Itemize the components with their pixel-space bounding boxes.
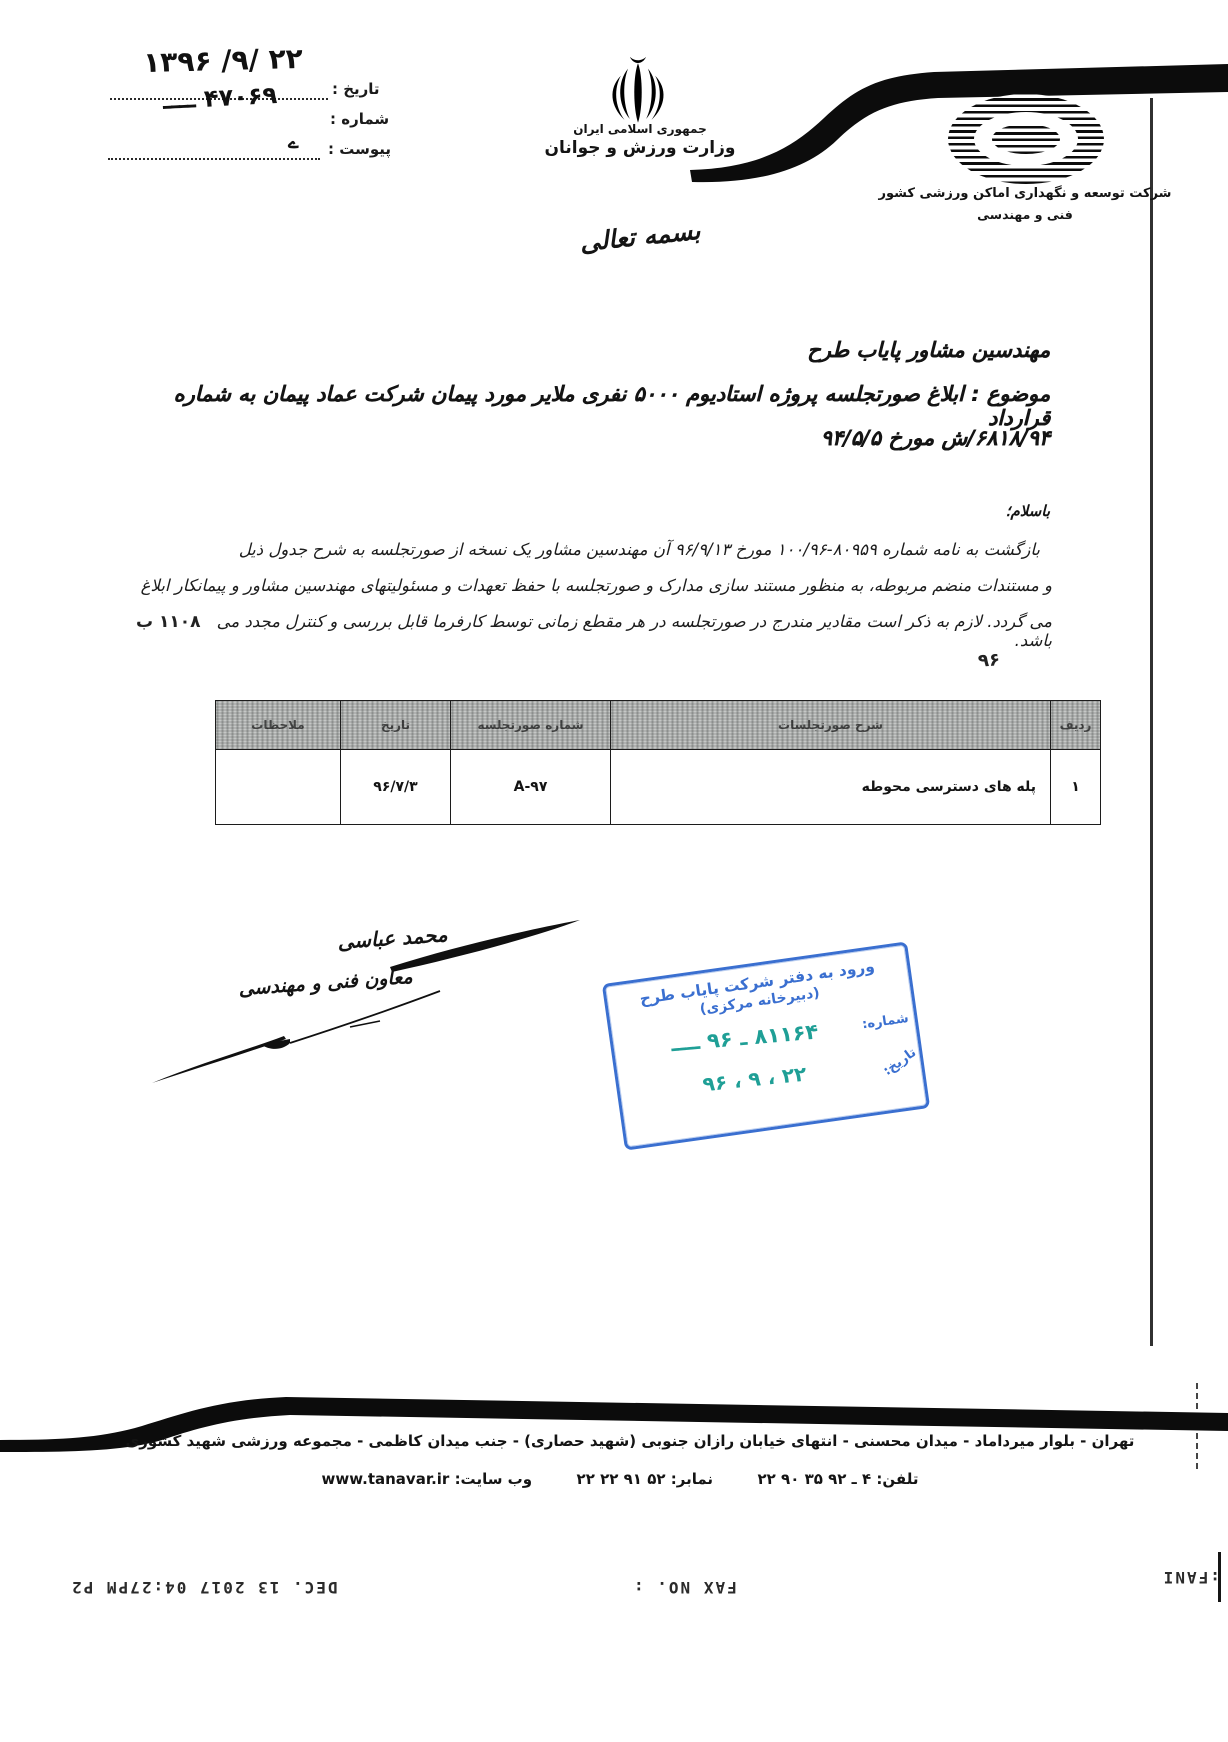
phone-value: ۴ ـ ۹۲ ۳۵ ۹۰ ۲۲ [758, 1470, 872, 1488]
body-line-2: و مستندات منضم مربوطه، به منظور مستند سا… [140, 576, 1052, 595]
scanned-fax-letter-page: ۲۲ /۹/ ۱۳۹۶ تاریخ : شماره : ۴۷۰۶۹ ــــ پ… [0, 0, 1228, 1742]
scan-artifact-vertical-line [1150, 98, 1153, 1346]
col-header-row-number: ردیف [1051, 701, 1101, 750]
stamp-date-label: تاریخ: [881, 1045, 920, 1079]
fax-datetime-page: DEC. 13 2017 04:27PM P2 [70, 1578, 338, 1597]
handwritten-note-1108: ۱۱۰۸ ب [136, 612, 201, 632]
table-row: ۱ پله های دسترسی محوطه A-۹۷ ۹۶/۷/۳ [216, 750, 1101, 825]
handwritten-date: ۲۲ /۹/ ۱۳۹۶ [108, 41, 339, 80]
recipient-line: مهندسین مشاور پایاب طرح [178, 338, 1050, 362]
attachment-handwritten-mark: ے [288, 132, 299, 153]
website-value: www.tanavar.ir [322, 1470, 450, 1488]
stamp-number-label: شماره: [861, 1011, 909, 1032]
phone-label: تلفن: [876, 1470, 918, 1488]
website-label: وب سایت: [455, 1470, 533, 1488]
col-header-date: تاریخ [341, 701, 451, 750]
attachment-label: پیوست : [328, 140, 391, 158]
number-label: شماره : [330, 110, 389, 128]
body-line-1: بازگشت به نامه شماره ۸۰۹۵۹-۱۰۰/۹۶ مورخ ۹… [140, 540, 1040, 559]
fax-number-label: FAX NO. : [632, 1578, 737, 1597]
entry-stamp: ورود به دفتر شرکت پایاب طرح (دبیرخانه مر… [602, 941, 930, 1150]
fax-from-label: FROM :FANI [1118, 1568, 1228, 1587]
cell-description: پله های دسترسی محوطه [611, 750, 1051, 825]
subject-line-1: موضوع : ابلاغ صورتجلسه پروژه استادیوم ۵۰… [140, 382, 1050, 430]
iran-national-emblem-icon [592, 56, 684, 128]
footer-contact-line: تلفن: ۴ ـ ۹۲ ۳۵ ۹۰ ۲۲ نمابر: ۵۲ ۹۱ ۲۲ ۲۲… [160, 1470, 1080, 1488]
company-line-2: فنی و مهندسی [900, 207, 1150, 222]
footer-swoosh-decoration [0, 1372, 1228, 1472]
cell-row-number: ۱ [1051, 750, 1101, 825]
col-header-description: شرح صورتجلسات [611, 701, 1051, 750]
col-header-minutes-number: شماره صورتجلسه [451, 701, 611, 750]
striped-oval-logo-icon [948, 94, 1104, 184]
company-line-1: شرکت توسعه و نگهداری اماکن ورزشی کشور [850, 186, 1200, 201]
fax-label: نمابر: [671, 1470, 713, 1488]
salutation: باسلام؛ [850, 502, 1050, 520]
footer-address: تهران - بلوار میرداماد - میدان محسنی - ا… [100, 1432, 1160, 1450]
subject-line-2: ۶۸۱۸/۹۴/ش مورخ ۹۴/۵/۵ [140, 426, 1050, 450]
table-header-row: ردیف شرح صورتجلسات شماره صورتجلسه تاریخ … [216, 701, 1101, 750]
col-header-remarks: ملاحظات [216, 701, 341, 750]
cell-minutes-number: A-۹۷ [451, 750, 611, 825]
body-line-3: می گردد. لازم به ذکر است مقادیر مندرج در… [205, 612, 1052, 650]
gov-line-1: جمهوری اسلامی ایران [540, 122, 740, 136]
stamp-handwritten-date: ۲۲ ، ۹ ، ۹۶ [679, 1059, 831, 1099]
date-label: تاریخ : [332, 80, 380, 98]
gov-line-2: وزارت ورزش و جوانان [520, 138, 760, 158]
cell-remarks [216, 750, 341, 825]
handwritten-note-96: ۹۶ [977, 649, 1000, 671]
cell-date: ۹۶/۷/۳ [341, 750, 451, 825]
minutes-table: ردیف شرح صورتجلسات شماره صورتجلسه تاریخ … [215, 700, 1101, 825]
fax-value: ۵۲ ۹۱ ۲۲ ۲۲ [577, 1470, 666, 1488]
